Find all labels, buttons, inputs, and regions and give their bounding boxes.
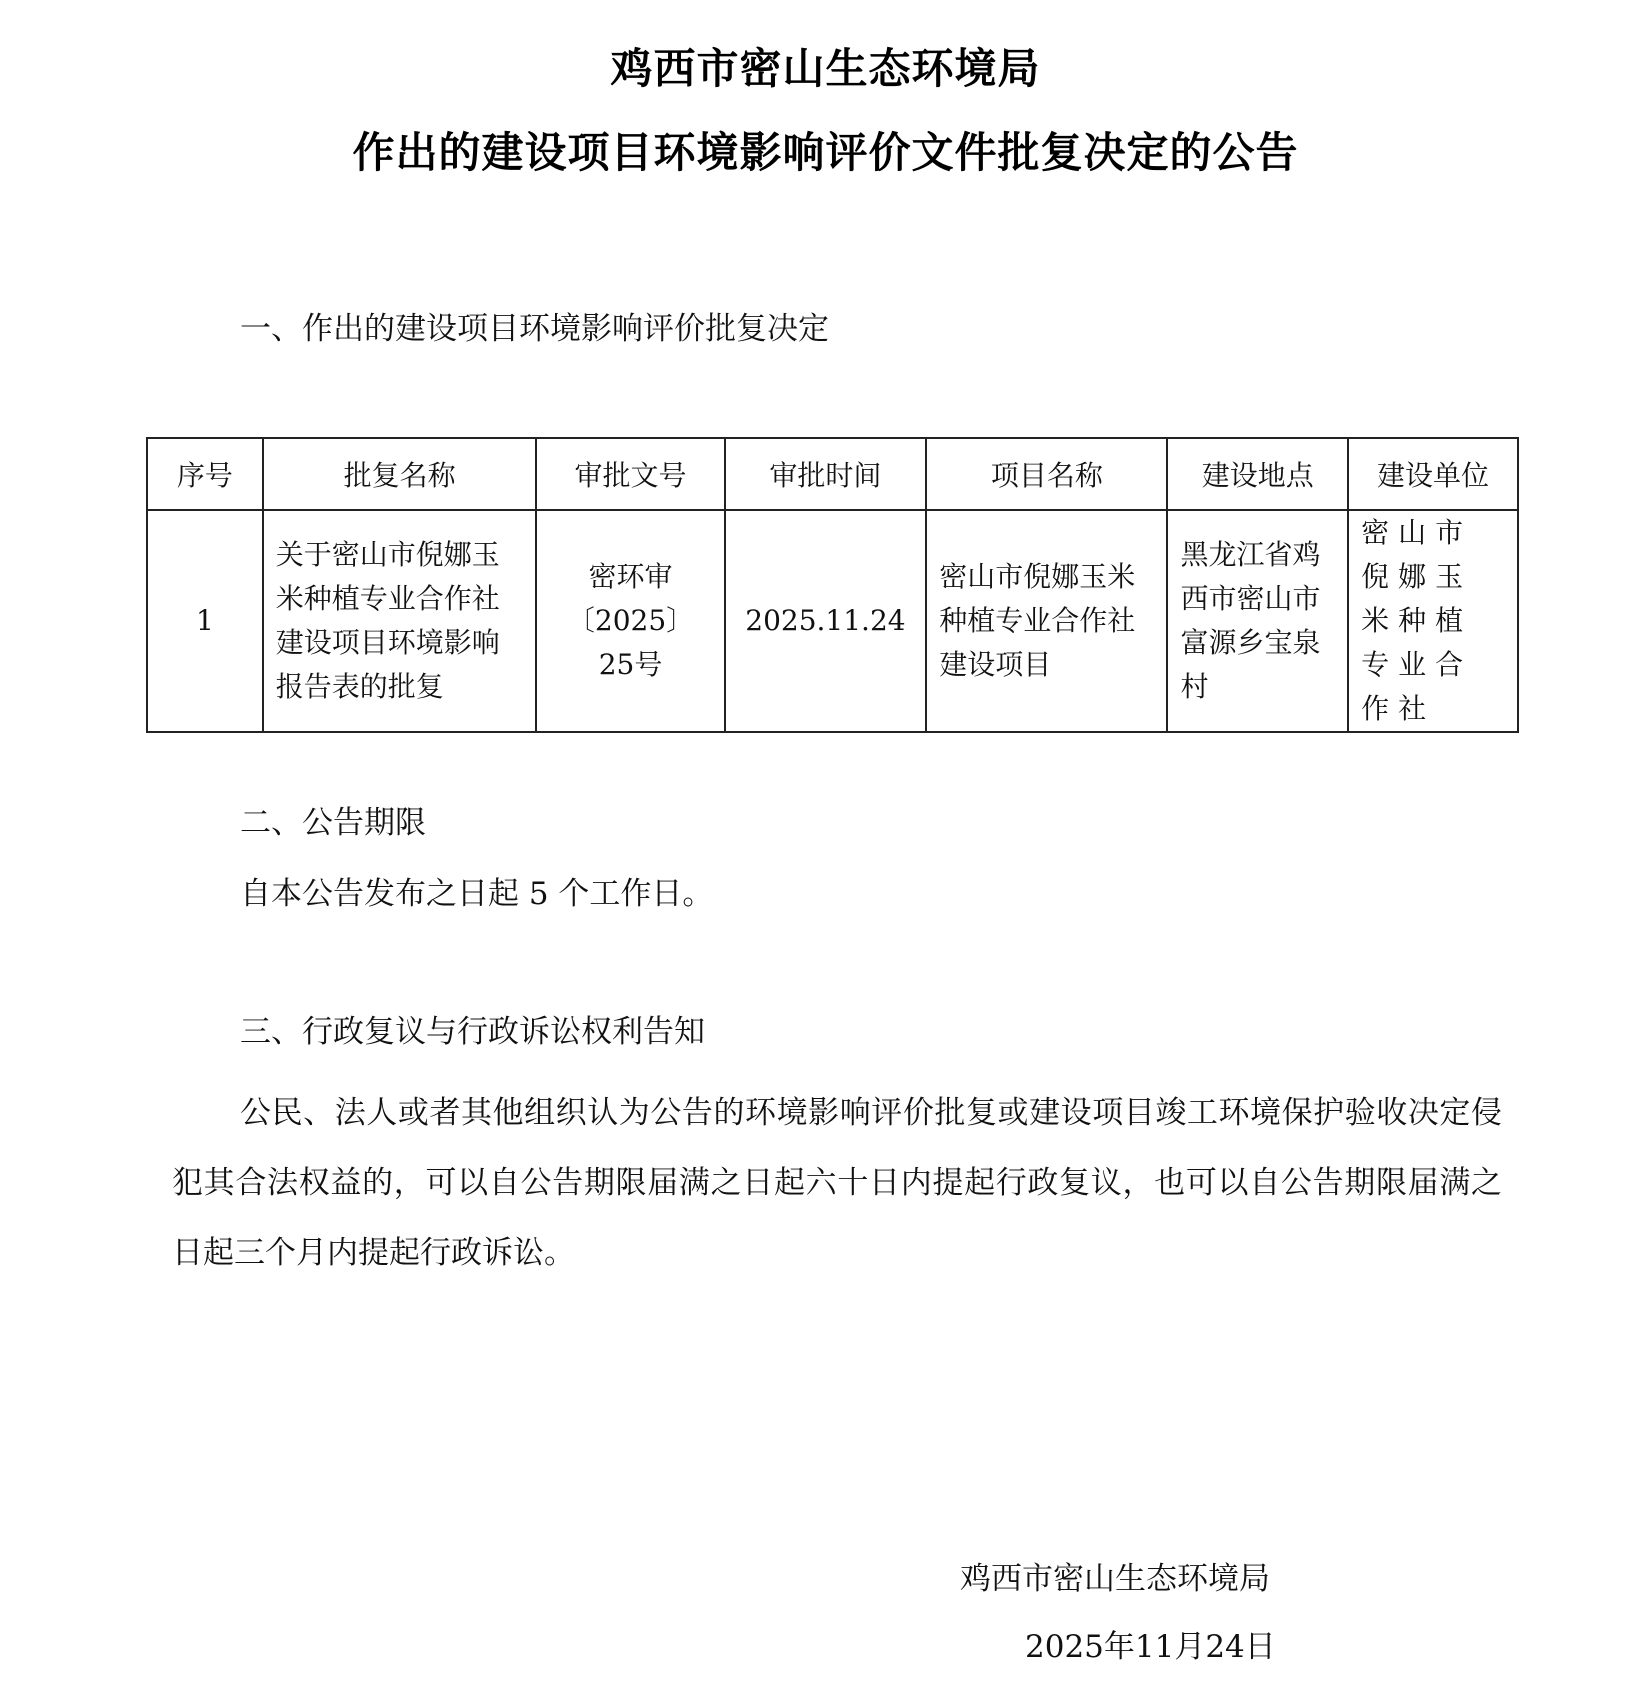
column-header-unit: 建设单位 (1348, 438, 1518, 510)
approvals-table: 序号 批复名称 审批文号 审批时间 项目名称 建设地点 建设单位 1 关于密山市… (146, 437, 1519, 733)
column-header-approval-date: 审批时间 (725, 438, 927, 510)
table-header-row: 序号 批复名称 审批文号 审批时间 项目名称 建设地点 建设单位 (147, 438, 1518, 510)
notice-period-text: 自本公告发布之日起 5 个工作日。 (240, 868, 713, 913)
document-title-line-1: 鸡西市密山生态环境局 (0, 36, 1651, 96)
column-header-approval-number: 审批文号 (536, 438, 724, 510)
document-title-line-2: 作出的建设项目环境影响评价文件批复决定的公告 (0, 120, 1651, 180)
section-heading-approval-decisions: 一、作出的建设项目环境影响评价批复决定 (240, 303, 829, 348)
signature-date: 2025年11月24日 (1025, 1621, 1276, 1666)
cell-project-name: 密山市倪娜玉米种植专业合作社建设项目 (926, 510, 1167, 732)
cell-index: 1 (147, 510, 263, 732)
legal-rights-paragraph: 公民、法人或者其他组织认为公告的环境影响评价批复或建设项目竣工环境保护验收决定侵… (172, 1078, 1502, 1288)
column-header-project-name: 项目名称 (926, 438, 1167, 510)
column-header-index: 序号 (147, 438, 263, 510)
section-heading-notice-period: 二、公告期限 (240, 797, 426, 842)
cell-location: 黑龙江省鸡西市密山市富源乡宝泉村 (1167, 510, 1348, 732)
column-header-approval-name: 批复名称 (263, 438, 537, 510)
cell-approval-number: 密环审〔2025〕25号 (536, 510, 724, 732)
cell-unit: 密山市倪娜玉米种植专业合作社 (1348, 510, 1518, 732)
section-heading-legal-rights: 三、行政复议与行政诉讼权利告知 (240, 1006, 705, 1051)
cell-approval-name: 关于密山市倪娜玉米种植专业合作社建设项目环境影响报告表的批复 (263, 510, 537, 732)
signature-organization: 鸡西市密山生态环境局 (960, 1553, 1270, 1598)
column-header-location: 建设地点 (1167, 438, 1348, 510)
cell-approval-date: 2025.11.24 (725, 510, 927, 732)
table-row: 1 关于密山市倪娜玉米种植专业合作社建设项目环境影响报告表的批复 密环审〔202… (147, 510, 1518, 732)
